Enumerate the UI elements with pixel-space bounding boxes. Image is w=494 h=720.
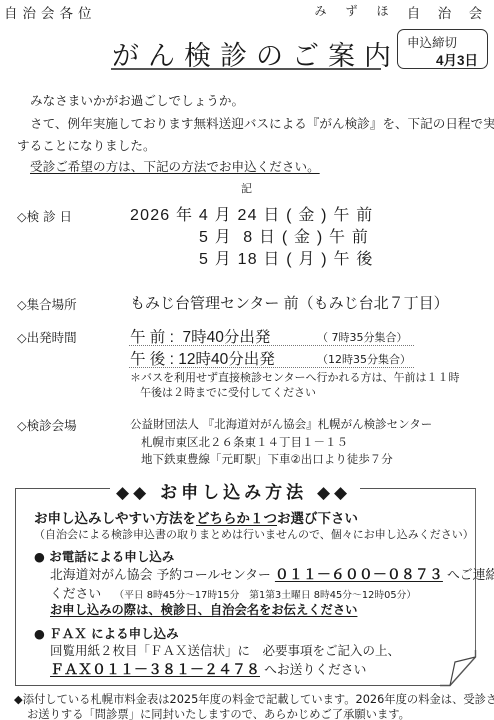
fax-number[interactable]: ＦＡＸ０１１－３８１－２４７８	[50, 662, 260, 678]
sender-char: ほ	[367, 2, 398, 22]
exam-date-1: 2026 年 4 月 24 日 ( 金 ) 午 前	[130, 202, 373, 225]
venue-name: 公益財団法人 『北海道対がん協会』札幌がん検診センター	[130, 416, 432, 432]
page-curl-icon	[440, 650, 480, 690]
departure-note-1: ＊バスを利用せず直接検診センターへ行かれる方は、午前は１１時	[130, 369, 460, 385]
sender-name: み ず ほ 自 治 会	[305, 2, 491, 22]
exam-date-3: 5 月 18 日 ( 月 ) 午 後	[199, 246, 374, 269]
phone-line-post: へご連絡	[443, 568, 494, 583]
fax-instructions: 回覧用紙２枚目「ＦＡＸ送信状」に 必要事項をご記入の上、	[50, 641, 400, 659]
venue-address: 札幌市東区北２６条東１４丁目１－１５	[141, 434, 348, 450]
application-lead: お申し込みしやすい方法をどちらか１つお選び下さい	[34, 507, 358, 527]
fax-heading: ● ＦＡＸ による申し込み	[34, 624, 179, 642]
dotted-rule	[129, 367, 414, 368]
application-title: ◆◆ お申し込み方法 ◆◆	[116, 478, 351, 503]
departure-am: 午 前 : 7時40分出発	[130, 325, 270, 347]
lead-pre: お申し込みしやすい方法を	[34, 511, 196, 527]
departure-note-2: 午後は２時までに受付してください	[140, 384, 316, 400]
venue-access: 地下鉄東豊線「元町駅」下車②出口より徒歩７分	[141, 451, 393, 467]
sender-char: 自	[398, 2, 429, 22]
phone-center-name: 北海道対がん協会 予約コールセンター	[50, 568, 275, 583]
phone-heading: ● お電話による申し込み	[34, 547, 174, 565]
meeting-place-label: ◇集合場所	[17, 295, 77, 313]
exam-date-2: 5 月 8 日 ( 金 ) 午 前	[199, 224, 369, 247]
dotted-rule	[129, 345, 414, 346]
deadline-badge: 申込締切 4月3日	[397, 29, 488, 69]
phone-line: 北海道対がん協会 予約コールセンター ０１１－６００－０８７３ へご連絡	[50, 564, 494, 584]
fax-line: ＦＡＸ０１１－３８１－２４７８ へお送りください	[50, 659, 366, 679]
meeting-place-value: もみじ台管理センター 前（もみじ台北７丁目）	[130, 292, 449, 313]
sender-char: 治	[429, 2, 460, 22]
departure-pm-gather: （12時35分集合）	[317, 351, 411, 367]
footer-note-1: ◆添付している札幌市料金表は2025年度の料金で記載しています。2026年度の料…	[14, 691, 494, 707]
fax-line-post: へお送りください	[260, 663, 366, 678]
intro-request: 受診ご希望の方は、下記の方法でお申込ください。	[30, 156, 320, 175]
departure-label: ◇出発時間	[17, 328, 77, 346]
sender-char: 会	[460, 2, 491, 22]
sender-char: ず	[336, 2, 367, 22]
departure-am-gather: （ 7時35分集合）	[317, 329, 408, 345]
intro-body: さて、例年実施しております無料送迎バスによる『がん検診』を、下記の日程で実施	[30, 113, 494, 132]
departure-pm: 午 後 : 12時40分出発	[130, 347, 275, 369]
footer-note-2: お送りする「問診票」に同封いたしますので、あらかじめご了承願います。	[27, 706, 410, 720]
lead-emphasis: どちらか１つ	[196, 511, 277, 527]
deadline-date: 4月3日	[436, 49, 478, 69]
recipient-label: 自治会各位	[4, 2, 97, 22]
title-underline	[111, 68, 381, 70]
phone-instructions: お申し込みの際は、検診日、自治会名をお伝えください	[50, 600, 357, 618]
application-note: （自治会による検診申込書の取りまとめは行いませんので、個々にお申し込みください）	[34, 526, 474, 542]
lead-post: お選び下さい	[277, 511, 358, 527]
venue-label: ◇検診会場	[17, 416, 77, 434]
sender-char: み	[305, 2, 336, 22]
ki-marker: 記	[241, 180, 252, 196]
intro-greeting: みなさまいかがお過ごしでしょうか。	[30, 90, 244, 109]
exam-date-label: ◇検 診 日	[17, 207, 72, 225]
phone-number[interactable]: ０１１－６００－０８７３	[275, 567, 443, 583]
intro-body-cont: することになりました。	[17, 135, 156, 154]
